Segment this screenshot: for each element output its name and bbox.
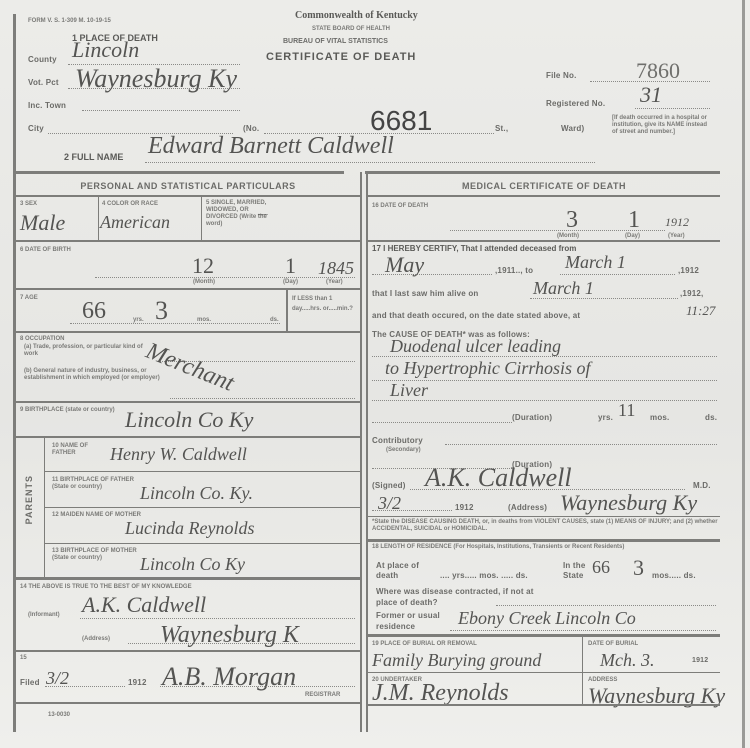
cause-line-1: Duodenal ulcer leading bbox=[390, 336, 561, 357]
st-label: St., bbox=[495, 124, 508, 133]
informant-label: (Informant) bbox=[28, 612, 60, 619]
registrar-label: REGISTRAR bbox=[305, 692, 340, 699]
ds-caption: ds. bbox=[270, 317, 279, 324]
at-place-label: At place of death bbox=[376, 561, 436, 581]
duration-yrs-label: yrs. bbox=[598, 413, 613, 422]
father-birthplace-label: 11 BIRTHPLACE OF FATHER (State or countr… bbox=[52, 477, 142, 491]
dod-day: 1 bbox=[628, 207, 640, 234]
death-time: 11:27 bbox=[686, 303, 715, 319]
md-label: M.D. bbox=[693, 481, 711, 490]
father-name-value: Henry W. Caldwell bbox=[110, 444, 247, 465]
race-label: 4 COLOR OR RACE bbox=[102, 201, 158, 208]
bottom-code: 13-0030 bbox=[48, 712, 70, 719]
column-divider bbox=[360, 172, 362, 732]
signed-year: 1912 bbox=[455, 503, 474, 512]
registered-no-label: Registered No. bbox=[546, 99, 605, 108]
cause-line-3: Liver bbox=[390, 380, 428, 401]
informant-address-label: (Address) bbox=[82, 636, 110, 643]
father-birthplace-value: Lincoln Co. Ky. bbox=[140, 483, 253, 504]
age-months: 3 bbox=[155, 296, 168, 326]
burial-year: 1912 bbox=[692, 657, 708, 664]
former-residence-label: Former or usual residence bbox=[376, 610, 471, 632]
death-certificate: FORM V. S. 1-309 M. 10-19-15 Commonwealt… bbox=[0, 0, 750, 748]
in-state-months: 3 bbox=[633, 555, 644, 581]
attended-from: May bbox=[385, 252, 424, 278]
at-place-yrs: .... yrs..... mos. ..... ds. bbox=[440, 571, 528, 580]
burial-date-value: Mch. 3. bbox=[600, 650, 654, 671]
commonwealth-title: Commonwealth of Kentucky bbox=[295, 10, 418, 21]
physician-signature: A.K. Caldwell bbox=[425, 463, 572, 493]
bureau-title: BUREAU OF VITAL STATISTICS bbox=[283, 38, 388, 46]
month-caption: (Month) bbox=[193, 279, 215, 286]
last-saw-year: ,1912, bbox=[680, 289, 703, 298]
board-title: STATE BOARD OF HEALTH bbox=[312, 26, 390, 33]
marital-value: — bbox=[258, 208, 268, 220]
informant-address-value: Waynesburg K bbox=[160, 622, 299, 649]
dob-label: 6 DATE OF BIRTH bbox=[20, 247, 71, 254]
duration-years: 11 bbox=[618, 400, 635, 421]
full-name-label: 2 FULL NAME bbox=[64, 152, 123, 162]
filed-year: 1912 bbox=[128, 678, 147, 687]
dob-month: 12 bbox=[192, 253, 214, 279]
undertaker-value: J.M. Reynolds bbox=[372, 680, 509, 707]
yrs-caption: yrs. bbox=[133, 317, 144, 324]
in-state-mos-label: mos..... ds. bbox=[652, 571, 696, 580]
no-label: (No. bbox=[243, 124, 259, 133]
vot-pct-value: Waynesburg Ky bbox=[75, 64, 237, 94]
signed-label: (Signed) bbox=[372, 481, 406, 490]
father-name-label: 10 NAME OF FATHER bbox=[52, 443, 102, 457]
personal-heading: PERSONAL AND STATISTICAL PARTICULARS bbox=[16, 181, 360, 191]
race-value: American bbox=[100, 212, 170, 233]
cause-line-2: to Hypertrophic Cirrhosis of bbox=[385, 358, 591, 379]
registrar-signature: A.B. Morgan bbox=[162, 662, 296, 692]
attended-to: March 1 bbox=[565, 252, 626, 273]
last-saw-label: that I last saw him alive on bbox=[372, 289, 479, 298]
dob-day: 1 bbox=[285, 253, 296, 279]
filed-label: Filed bbox=[20, 678, 40, 687]
dod-year-caption: (Year) bbox=[668, 233, 685, 240]
contributory-label: Contributory bbox=[372, 436, 423, 445]
registered-no-value: 31 bbox=[640, 82, 662, 108]
age-years: 66 bbox=[82, 298, 106, 325]
ward-label: Ward) bbox=[561, 124, 584, 133]
duration-ds-label: ds. bbox=[705, 413, 717, 422]
inc-town-label: Inc. Town bbox=[28, 101, 66, 110]
certificate-title: CERTIFICATE OF DEATH bbox=[266, 51, 416, 63]
birthplace-value: Lincoln Co Ky bbox=[125, 407, 253, 433]
year-caption: (Year) bbox=[326, 279, 343, 286]
dod-label: 16 DATE OF DEATH bbox=[372, 203, 428, 210]
age-label: 7 AGE bbox=[20, 295, 38, 302]
medical-heading: MEDICAL CERTIFICATE OF DEATH bbox=[368, 181, 720, 191]
duration-mos-label: mos. bbox=[650, 413, 669, 422]
occupation-b-label: (b) General nature of industry, business… bbox=[24, 368, 169, 382]
right-edge bbox=[742, 0, 745, 748]
last-saw-date: March 1 bbox=[533, 278, 594, 299]
occupation-value: Merchant bbox=[142, 338, 238, 398]
dod-day-caption: (Day) bbox=[625, 233, 640, 240]
to-year: ,1912 bbox=[678, 266, 699, 275]
city-label: City bbox=[28, 124, 44, 133]
birthplace-label: 9 BIRTHPLACE (state or country) bbox=[20, 407, 115, 414]
less-than-day-label: If LESS than 1 day.....hrs. or.....min.? bbox=[292, 294, 358, 314]
occupation-a-label: (a) Trade, profession, or particular kin… bbox=[24, 344, 154, 358]
form-number: FORM V. S. 1-309 M. 10-19-15 bbox=[28, 18, 111, 25]
knowledge-statement: 14 THE ABOVE IS TRUE TO THE BEST OF MY K… bbox=[20, 584, 192, 591]
mother-birthplace-label: 13 BIRTHPLACE OF MOTHER (State or countr… bbox=[52, 548, 142, 562]
mother-name-value: Lucinda Reynolds bbox=[125, 518, 254, 539]
dod-year: 1912 bbox=[665, 215, 689, 230]
residence-heading: 18 LENGTH OF RESIDENCE (For Hospitals, I… bbox=[372, 544, 717, 551]
filed-number: 15 bbox=[20, 655, 27, 662]
left-border bbox=[13, 14, 16, 732]
hospital-note: [If death occurred in a hospital or inst… bbox=[612, 115, 712, 136]
dob-year: 1845 bbox=[318, 258, 354, 279]
burial-place-value: Family Burying ground bbox=[372, 650, 541, 671]
burial-place-label: 19 PLACE OF BURIAL OR REMOVAL bbox=[372, 641, 477, 648]
from-year: ,1911.., to bbox=[495, 266, 533, 275]
secondary-label: (Secondary) bbox=[386, 447, 421, 454]
former-residence-value: Ebony Creek Lincoln Co bbox=[458, 608, 636, 629]
duration-label: (Duration) bbox=[512, 413, 552, 422]
day-caption: (Day) bbox=[283, 279, 298, 286]
occupation-label: 8 OCCUPATION bbox=[20, 336, 64, 343]
signed-address: Waynesburg Ky bbox=[560, 490, 697, 516]
parents-label: PARENTS bbox=[24, 475, 34, 524]
file-no-label: File No. bbox=[546, 71, 577, 80]
signed-address-label: (Address) bbox=[508, 503, 547, 512]
death-time-label: and that death occured, on the date stat… bbox=[372, 311, 580, 320]
sex-label: 3 SEX bbox=[20, 201, 37, 208]
in-state-years: 66 bbox=[592, 557, 610, 578]
full-name-value: Edward Barnett Caldwell bbox=[148, 133, 394, 160]
burial-date-label: DATE OF BURIAL bbox=[588, 641, 638, 648]
mos-caption: mos. bbox=[197, 317, 211, 324]
vot-pct-label: Vot. Pct bbox=[28, 78, 59, 87]
sex-value: Male bbox=[20, 210, 65, 236]
county-label: County bbox=[28, 55, 57, 64]
dod-month: 3 bbox=[566, 207, 578, 234]
cause-footnote: *State the DISEASE CAUSING DEATH, or, in… bbox=[372, 519, 720, 533]
county-value: Lincoln bbox=[72, 37, 139, 63]
informant-value: A.K. Caldwell bbox=[82, 592, 206, 618]
mother-birthplace-value: Lincoln Co Ky bbox=[140, 554, 245, 575]
dod-month-caption: (Month) bbox=[557, 233, 579, 240]
file-no-value: 7860 bbox=[636, 58, 680, 84]
